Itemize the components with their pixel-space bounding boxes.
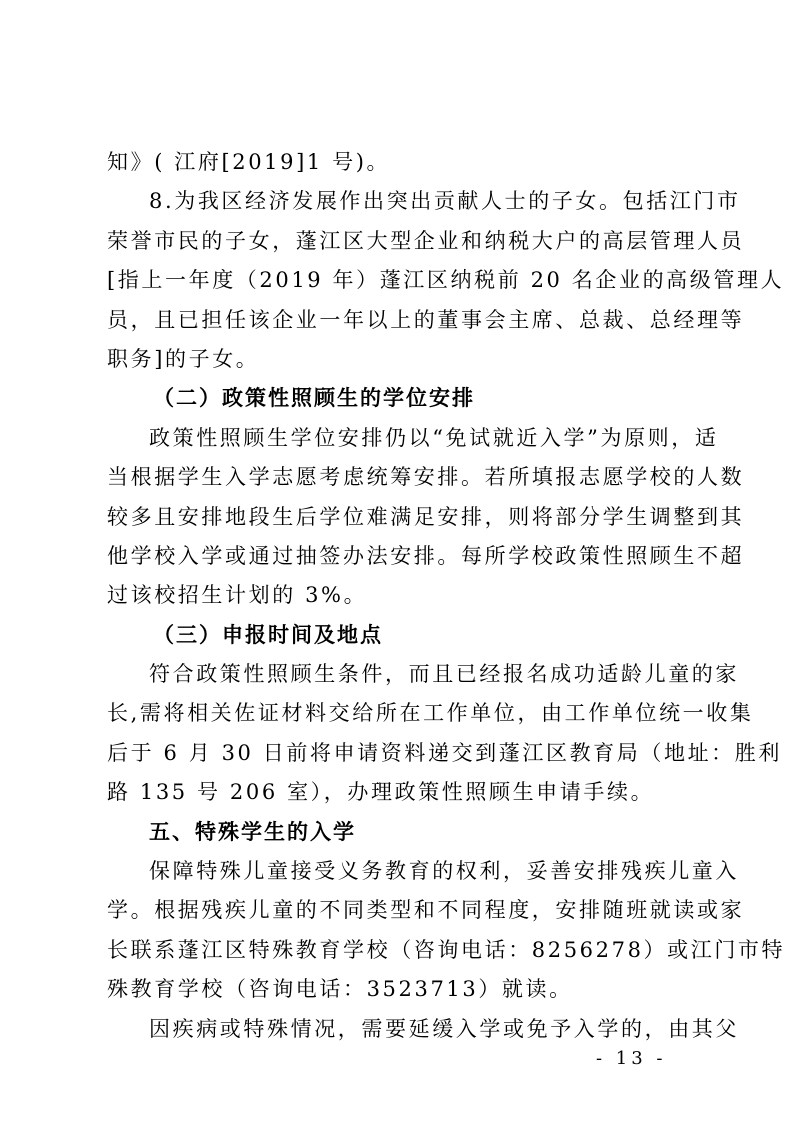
body-line: 荣誉市民的子女，蓬江区大型企业和纳税大户的高层管理人员 [107,222,687,261]
body-line: 符合政策性照顾生条件，而且已经报名成功适龄儿童的家 [107,655,687,694]
section-heading: 五、特殊学生的入学 [107,813,687,852]
body-line: 保障特殊儿童接受义务教育的权利，妥善安排残疾儿童入 [107,852,687,891]
body-line: 员，且已担任该企业一年以上的董事会主席、总裁、总经理等 [107,301,687,340]
body-line: [指上一年度（2019 年）蓬江区纳税前 20 名企业的高级管理人 [107,261,687,300]
body-line: 当根据学生入学志愿考虑统筹安排。若所填报志愿学校的人数 [107,458,687,497]
body-line: 长联系蓬江区特殊教育学校（咨询电话：8256278）或江门市特 [107,931,687,970]
body-line: 较多且安排地段生后学位难满足安排，则将部分学生调整到其 [107,498,687,537]
body-line: 职务]的子女。 [107,340,687,379]
body-line: 过该校招生计划的 3%。 [107,576,687,615]
document-body: 知》( 江府[2019]1 号)。 8.为我区经济发展作出突出贡献人士的子女。包… [107,143,687,1049]
body-line: 知》( 江府[2019]1 号)。 [107,143,687,182]
body-line: 政策性照顾生学位安排仍以“免试就近入学”为原则，适 [107,419,687,458]
body-line: 殊教育学校（咨询电话：3523713）就读。 [107,970,687,1009]
body-line: 8.为我区经济发展作出突出贡献人士的子女。包括江门市 [107,182,687,221]
body-line: 因疾病或特殊情况，需要延缓入学或免予入学的，由其父 [107,1010,687,1049]
body-line: 学。根据残疾儿童的不同类型和不同程度，安排随班就读或家 [107,891,687,930]
body-line: 长,需将相关佐证材料交给所在工作单位，由工作单位统一收集 [107,694,687,733]
page-number: - 13 - [596,1048,667,1069]
document-page: 知》( 江府[2019]1 号)。 8.为我区经济发展作出突出贡献人士的子女。包… [0,0,793,1123]
body-line: 后于 6 月 30 日前将申请资料递交到蓬江区教育局（地址：胜利 [107,734,687,773]
body-line: 路 135 号 206 室），办理政策性照顾生申请手续。 [107,773,687,812]
section-subheading: （二）政策性照顾生的学位安排 [107,379,687,418]
section-subheading: （三）申报时间及地点 [107,616,687,655]
body-line: 他学校入学或通过抽签办法安排。每所学校政策性照顾生不超 [107,537,687,576]
